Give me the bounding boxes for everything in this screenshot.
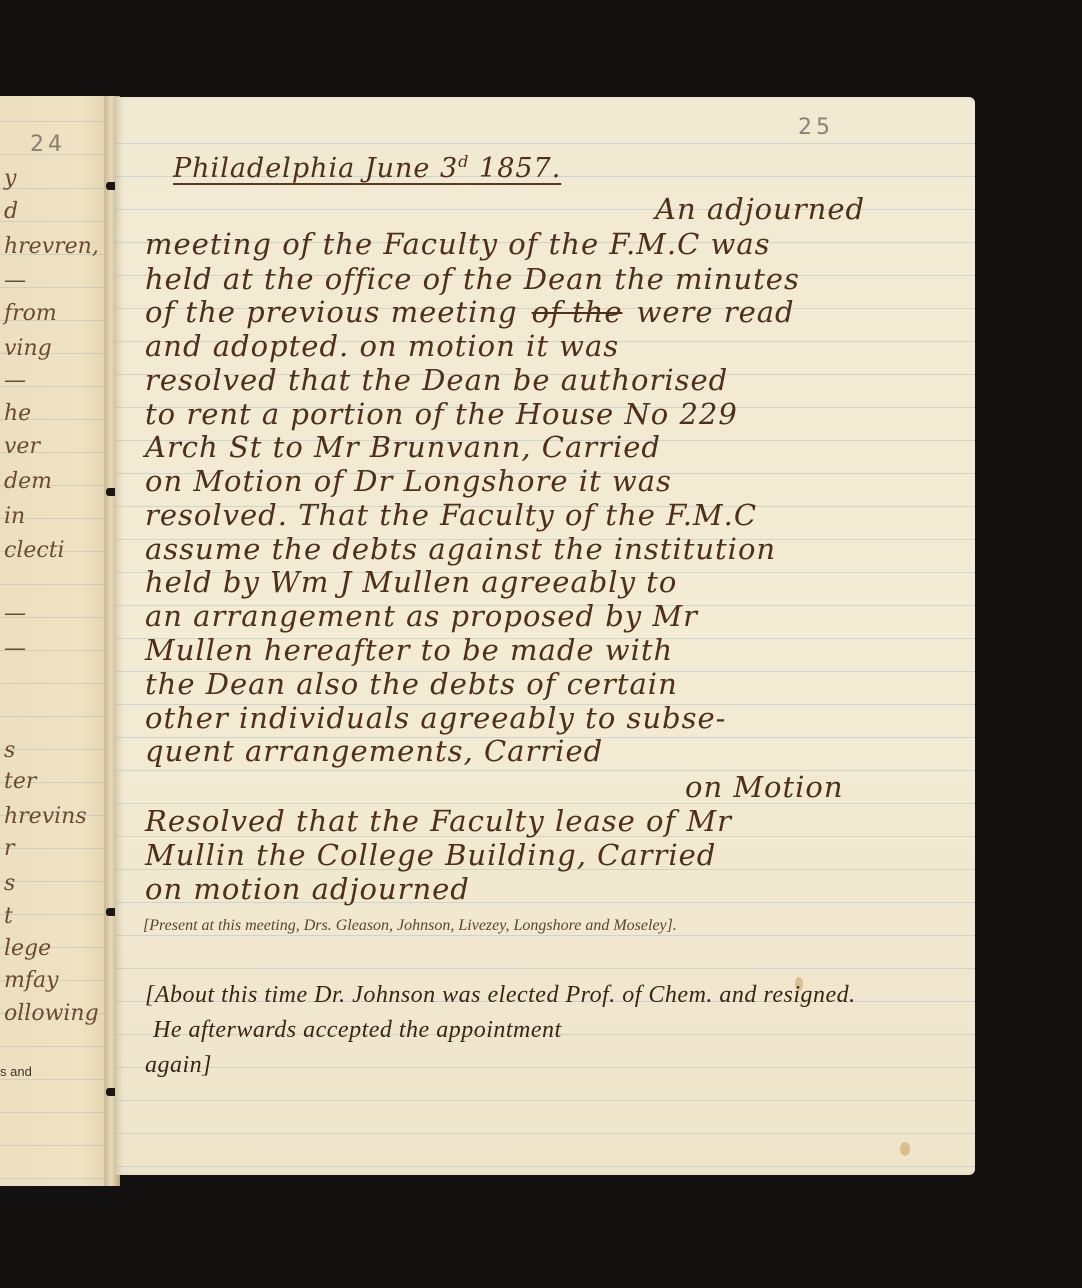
- left-page-fragment-line: lege: [4, 936, 51, 961]
- attendance-note: [Present at this meeting, Drs. Gleason, …: [143, 917, 677, 935]
- main-page: 25 Philadelphia June 3d 1857. An adjourn…: [115, 97, 975, 1175]
- line-text: held at the office of the Dean the minut…: [145, 262, 800, 296]
- line-text: other individuals agreeably to subse-: [145, 701, 726, 735]
- line-text: to rent a portion of the House No 229: [145, 397, 738, 431]
- entry-heading: Philadelphia June 3d 1857.: [173, 152, 561, 184]
- left-page-fragment-line: hrevren,: [4, 234, 99, 259]
- minutes-line: assume the debts against the institution: [145, 532, 776, 566]
- minutes-line: meeting of the Faculty of the F.M.C was: [145, 227, 771, 261]
- minutes-line: an arrangement as proposed by Mr: [145, 599, 698, 633]
- left-page-fragment-line: in: [4, 504, 25, 529]
- minutes-line: quent arrangements, Carried: [145, 734, 603, 768]
- minutes-line: on Motion of Dr Longshore it was: [145, 464, 672, 498]
- line-text: Arch St to Mr Brunvann, Carried: [145, 430, 661, 464]
- left-page-fragment-line: ver: [4, 434, 40, 459]
- line-text-continued: were read: [637, 295, 795, 329]
- minutes-line: to rent a portion of the House No 229: [145, 397, 738, 431]
- left-page-fragment-line: —: [4, 601, 26, 626]
- left-page-number: 24: [30, 132, 66, 157]
- minutes-line: other individuals agreeably to subse-: [145, 701, 726, 735]
- minutes-line: Arch St to Mr Brunvann, Carried: [145, 430, 661, 464]
- left-page-fragment-line: mfay: [4, 968, 59, 993]
- later-note-appointment: appointment: [436, 1017, 562, 1043]
- left-page-fragment-line: t: [4, 904, 13, 929]
- left-page-fragment-line: —: [4, 268, 26, 293]
- minutes-line: and adopted. on motion it was: [145, 329, 619, 363]
- line-text: an arrangement as proposed by Mr: [145, 599, 698, 633]
- left-page-fragment-line: r: [4, 836, 15, 861]
- minutes-line: held at the office of the Dean the minut…: [145, 262, 800, 296]
- heading-year: 1857.: [479, 153, 561, 184]
- line-text: resolved. That the Faculty of the F.M.C: [145, 498, 757, 532]
- line-text: the Dean also the debts of certain: [145, 667, 678, 701]
- line-text: Mullin the College Building, Carried: [145, 838, 716, 872]
- left-page-fragment-line: d: [4, 199, 18, 224]
- minutes-line: Mullen hereafter to be made with: [145, 633, 673, 667]
- left-page-footer-fragment: s and: [0, 1064, 32, 1079]
- left-page-fragment-line: dem: [4, 469, 52, 494]
- minutes-line: held by Wm J Mullen agreeably to: [145, 565, 677, 599]
- later-note-text: He afterwards accepted the: [153, 1017, 436, 1043]
- left-page-fragment-line: s: [4, 871, 15, 896]
- heading-date-suffix: d: [458, 152, 469, 171]
- heading-date: June 3: [365, 153, 458, 184]
- left-page-fragment-line: ollowing: [4, 1001, 99, 1026]
- line-text: assume the debts against the institution: [145, 532, 776, 566]
- line-text: meeting of the Faculty of the F.M.C was: [145, 227, 771, 261]
- line-text: on Motion of Dr Longshore it was: [145, 464, 672, 498]
- line-text: Resolved that the Faculty lease of Mr: [145, 804, 732, 838]
- line-text: on Motion: [685, 770, 844, 804]
- minutes-line: the Dean also the debts of certain: [145, 667, 678, 701]
- left-page-fragment-line: s: [4, 738, 15, 763]
- heading-place: Philadelphia: [173, 153, 355, 184]
- left-page-fragment-line: hrevins: [4, 804, 87, 829]
- left-page-fragment-line: ter: [4, 769, 36, 794]
- water-stain: [900, 1142, 910, 1156]
- minutes-line: resolved that the Dean be authorised: [145, 363, 728, 397]
- minutes-line: Resolved that the Faculty lease of Mr: [145, 804, 732, 838]
- left-page-fragment-line: —: [4, 368, 26, 393]
- left-page-fragment-line: he: [4, 401, 31, 426]
- struck-through-text: of the: [532, 295, 623, 329]
- line-text: and adopted. on motion it was: [145, 329, 619, 363]
- line-text: on motion adjourned: [145, 872, 470, 906]
- later-note-line-2: He afterwards accepted the appointment: [153, 1017, 562, 1044]
- minutes-line: An adjourned: [655, 192, 865, 226]
- line-text: held by Wm J Mullen agreeably to: [145, 565, 677, 599]
- later-note-line-3: again]: [145, 1052, 212, 1079]
- line-text: An adjourned: [655, 192, 865, 226]
- minutes-line: Mullin the College Building, Carried: [145, 838, 716, 872]
- left-page-fragment-line: y: [4, 166, 16, 191]
- minutes-line: of the previous meetingof thewere read: [145, 295, 795, 329]
- left-page-fragment-line: —: [4, 636, 26, 661]
- minutes-line: on Motion: [685, 770, 844, 804]
- line-text: Mullen hereafter to be made with: [145, 633, 673, 667]
- line-text: of the previous meeting: [145, 295, 518, 329]
- minutes-line: on motion adjourned: [145, 872, 470, 906]
- left-page-fragment: 24 ydhrevren,—fromving—heverdeminclecti—…: [0, 96, 112, 1186]
- left-page-fragment-line: ving: [4, 336, 52, 361]
- left-page-fragment-line: clecti: [4, 538, 65, 563]
- page-number: 25: [798, 115, 834, 140]
- later-note-line-1: [About this time Dr. Johnson was elected…: [145, 982, 856, 1009]
- minutes-line: resolved. That the Faculty of the F.M.C: [145, 498, 757, 532]
- left-page-fragment-line: from: [4, 301, 57, 326]
- line-text: resolved that the Dean be authorised: [145, 363, 728, 397]
- line-text: quent arrangements, Carried: [145, 734, 603, 768]
